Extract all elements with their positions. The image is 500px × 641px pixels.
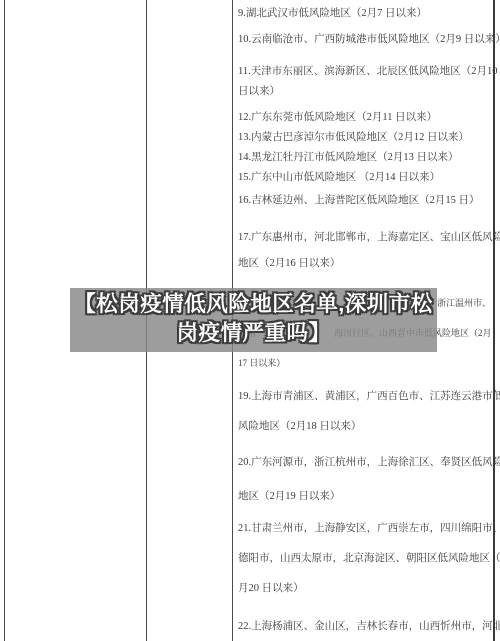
list-item: 19.上海市青浦区、黄浦区，广西百色市、江苏连云港市低风险地区（2月18 日以来… — [238, 382, 493, 442]
list-line: 13.内蒙古巴彦淖尔市低风险地区（2月12 日以来） — [238, 128, 493, 148]
list-line: 地区（2月16 日以来） — [238, 251, 493, 277]
list-item: 21.甘肃兰州市，上海静安区，广西崇左市，四川绵阳市、德阳市，山西太原市，北京海… — [238, 514, 493, 604]
list-item: 10.云南临沧市、广西防城港市低风险地区（2月9 日以来） — [238, 30, 493, 50]
document-screenshot: 9.湖北武汉市低风险地区（2月7 日以来）10.云南临沧市、广西防城港市低风险地… — [0, 0, 500, 641]
list-line: 11.天津市东丽区、滨海新区、北辰区低风险地区（2月10 — [238, 62, 493, 82]
caption-title-line-2: 岗疫情严重吗】 — [70, 319, 437, 348]
list-line: 9.湖北武汉市低风险地区（2月7 日以来） — [238, 4, 493, 24]
list-item: 11.天津市东丽区、滨海新区、北辰区低风险地区（2月10日以来） — [238, 62, 493, 102]
list-item: 13.内蒙古巴彦淖尔市低风险地区（2月12 日以来） — [238, 128, 493, 148]
list-item: 16.吉林延边州、上海普陀区低风险地区（2月15 日） — [238, 191, 493, 211]
table-border-right — [493, 0, 495, 641]
caption-overlay: 【松岗疫情低风险地区名单,深圳市松 岗疫情严重吗】 — [70, 288, 437, 352]
list-line: 17 日以来） — [238, 348, 493, 378]
list-line: 12.广东东莞市低风险地区（2月11 日以来） — [238, 108, 493, 128]
list-line: 21.甘肃兰州市，上海静安区，广西崇左市，四川绵阳市、 — [238, 514, 493, 544]
list-line: 20.广东河源市，浙江杭州市，上海徐汇区、奉贤区低风险 — [238, 446, 493, 480]
list-line: 14.黑龙江牡丹江市低风险地区（2月13 日以来） — [238, 148, 493, 168]
list-line: 17.广东惠州市，河北邯郸市，上海嘉定区、宝山区低风险 — [238, 225, 493, 251]
list-line: 日以来） — [238, 82, 493, 102]
list-line: 10.云南临沧市、广西防城港市低风险地区（2月9 日以来） — [238, 30, 493, 50]
list-line: 22.上海杨浦区、金山区，吉林长春市，山西忻州市，河北 — [238, 614, 493, 640]
table-border-left — [4, 0, 5, 641]
list-line: 19.上海市青浦区、黄浦区，广西百色市、江苏连云港市低 — [238, 382, 493, 412]
list-item: 20.广东河源市，浙江杭州市，上海徐汇区、奉贤区低风险地区（2月19 日以来） — [238, 446, 493, 514]
list-line: 月20 日以来） — [238, 574, 493, 604]
list-line: 15.广东中山市低风险地区 （2月14 日以来） — [238, 168, 493, 188]
list-item: 15.广东中山市低风险地区 （2月14 日以来） — [238, 168, 493, 188]
list-item: 22.上海杨浦区、金山区，吉林长春市，山西忻州市，河北 — [238, 614, 493, 640]
list-item: 9.湖北武汉市低风险地区（2月7 日以来） — [238, 4, 493, 24]
list-item: 17.广东惠州市，河北邯郸市，上海嘉定区、宝山区低风险地区（2月16 日以来） — [238, 225, 493, 277]
list-item: 14.黑龙江牡丹江市低风险地区（2月13 日以来） — [238, 148, 493, 168]
list-line: 地区（2月19 日以来） — [238, 480, 493, 514]
list-line: 16.吉林延边州、上海普陀区低风险地区（2月15 日） — [238, 191, 493, 211]
list-line: 风险地区（2月18 日以来） — [238, 412, 493, 442]
caption-title-line-1: 【松岗疫情低风险地区名单,深圳市松 — [70, 290, 437, 319]
list-line: 德阳市，山西太原市，北京海淀区、朝阳区低风险地区（2 — [238, 544, 493, 574]
list-item: 12.广东东莞市低风险地区（2月11 日以来） — [238, 108, 493, 128]
